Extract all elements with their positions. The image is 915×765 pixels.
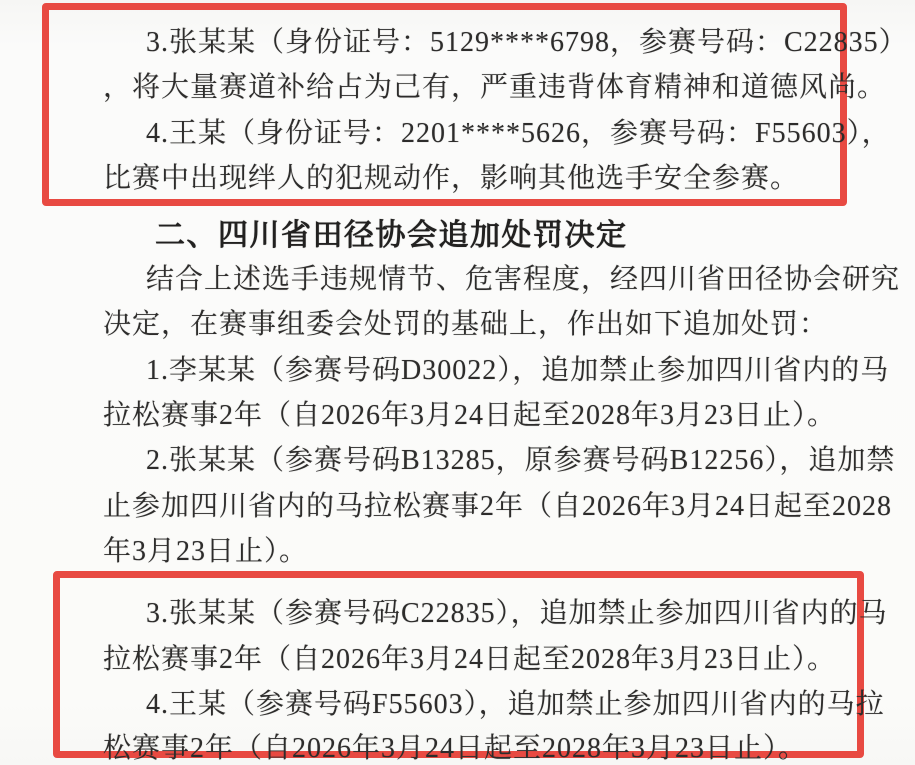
section-heading: 二、四川省田径协会追加处罚决定: [155, 210, 628, 254]
doc-line-penalty2-b: 止参加四川省内的马拉松赛事2年（自2026年3月24日起至2028: [103, 484, 892, 524]
doc-line-penalty3-b: 拉松赛事2年（自2026年3月24日起至2028年3月23日止）。: [103, 637, 836, 677]
doc-line-penalty4-a: 4.王某（参赛号码F55603），追加禁止参加四川省内的马拉: [146, 682, 885, 722]
doc-line-runner3-violation: ，将大量赛道补给占为己有，严重违背体育精神和道德风尚。: [103, 65, 886, 105]
doc-line-penalty1-a: 1.李某某（参赛号码D30022），追加禁止参加四川省内的马: [146, 348, 889, 388]
doc-line-penalty3-a: 3.张某某（参赛号码C22835），追加禁止参加四川省内的马: [146, 591, 888, 631]
doc-line-penalty2-c: 年3月23日止）。: [103, 529, 308, 569]
doc-line-runner4-violation: 比赛中出现绊人的犯规动作，影响其他选手安全参赛。: [103, 156, 799, 196]
doc-line-penalty4-b: 松赛事2年（自2026年3月24日起至2028年3月23日止）。: [103, 726, 807, 765]
doc-line-runner3-id: 3.张某某（身份证号：5129****6798，参赛号码：C22835）: [146, 20, 908, 60]
doc-line-runner4-id: 4.王某（身份证号：2201****5626，参赛号码：F55603），: [146, 111, 891, 151]
doc-line-penalty1-b: 拉松赛事2年（自2026年3月24日起至2028年3月23日止）。: [103, 393, 836, 433]
doc-line-penalty2-a: 2.张某某（参赛号码B13285，原参赛号码B12256），追加禁: [146, 438, 895, 478]
doc-line-intro-2: 决定，在赛事组委会处罚的基础上，作出如下追加处罚：: [103, 302, 828, 342]
doc-line-intro-1: 结合上述选手违规情节、危害程度，经四川省田径协会研究: [146, 257, 900, 297]
document-page: 3.张某某（身份证号：5129****6798，参赛号码：C22835） ，将大…: [0, 0, 915, 765]
